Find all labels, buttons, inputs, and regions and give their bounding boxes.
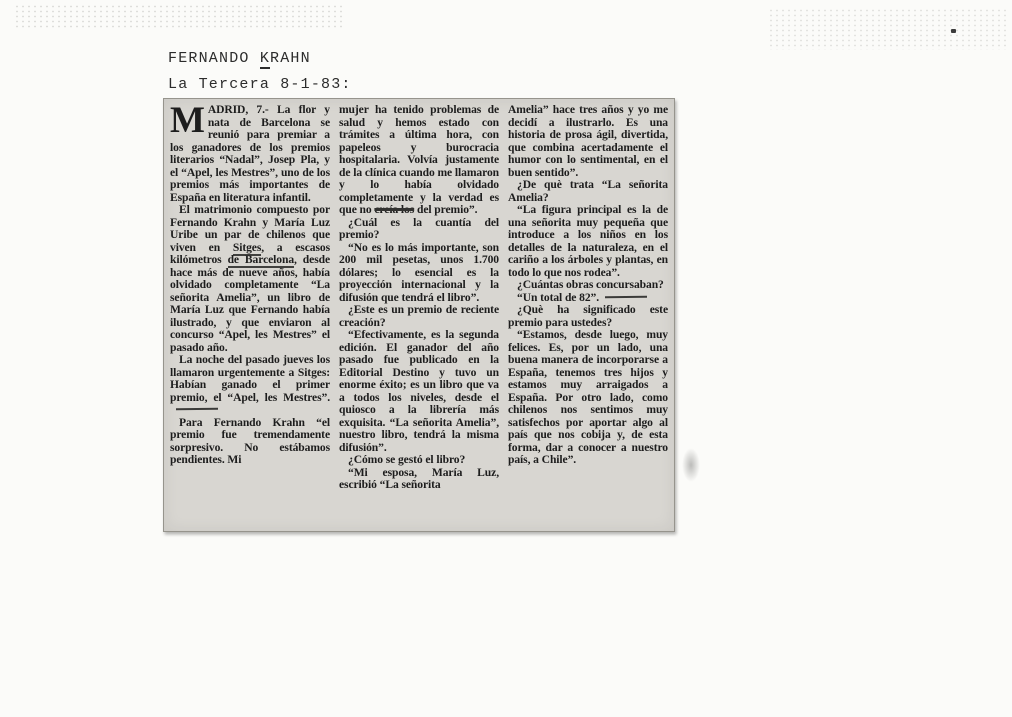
article-paragraph: “Efectivamente, es la segunda edición. E… [339,329,499,454]
article-paragraph: mujer ha tenido problemas de salud y hem… [339,104,499,217]
pen-mark [176,408,218,410]
source-date-line: La Tercera 8-1-83: [168,76,352,93]
author-first-name: FERNANDO [168,50,250,67]
scan-speck [951,29,956,33]
interview-question: ¿Este es un premio de reciente creación? [339,304,499,329]
article-paragraph: Amelia” hace tres años y yo me decidí a … [508,104,668,179]
author-last-rest: RAHN [270,50,311,67]
article-column-3: Amelia” hace tres años y yo me decidí a … [508,104,668,526]
interview-question: ¿Cuál es la cuantía del premio? [339,217,499,242]
pen-mark: creía los [374,203,414,216]
typed-header: FERNANDO KRAHN La Tercera 8-1-83: [168,50,352,93]
article-paragraph: “La figura principal es la de una señori… [508,204,668,279]
newspaper-clipping: MADRID, 7.- La flor y nata de Barcelona … [163,98,675,532]
author-name: FERNANDO KRAHN [168,50,352,67]
article-paragraph: La noche del pasado jueves los llamaron … [170,354,330,417]
author-last-initial: K [260,50,270,69]
interview-question: ¿Què ha significado este premio para ust… [508,304,668,329]
article-column-2: mujer ha tenido problemas de salud y hem… [339,104,499,526]
article-paragraph: El matrimonio compuesto por Fernando Kra… [170,204,330,354]
drop-cap: M [170,104,208,136]
scanned-page: FERNANDO KRAHN La Tercera 8-1-83: MADRID… [0,0,1012,717]
scan-smudge [682,448,700,482]
article-paragraph: MADRID, 7.- La flor y nata de Barcelona … [170,104,330,204]
article-paragraph: “Mi esposa, María Luz, escribió “La seño… [339,467,499,492]
article-paragraph: Para Fernando Krahn “el premio fue treme… [170,417,330,467]
article-paragraph: “No es lo más importante, son 200 mil pe… [339,242,499,305]
article-column-1: MADRID, 7.- La flor y nata de Barcelona … [170,104,330,526]
pen-mark [605,295,647,297]
article-paragraph: “Estamos, desde luego, muy felices. Es, … [508,329,668,467]
interview-question: ¿De què trata “La señorita Amelia? [508,179,668,204]
scan-noise-band [14,4,344,30]
scan-noise-band [768,8,1006,50]
